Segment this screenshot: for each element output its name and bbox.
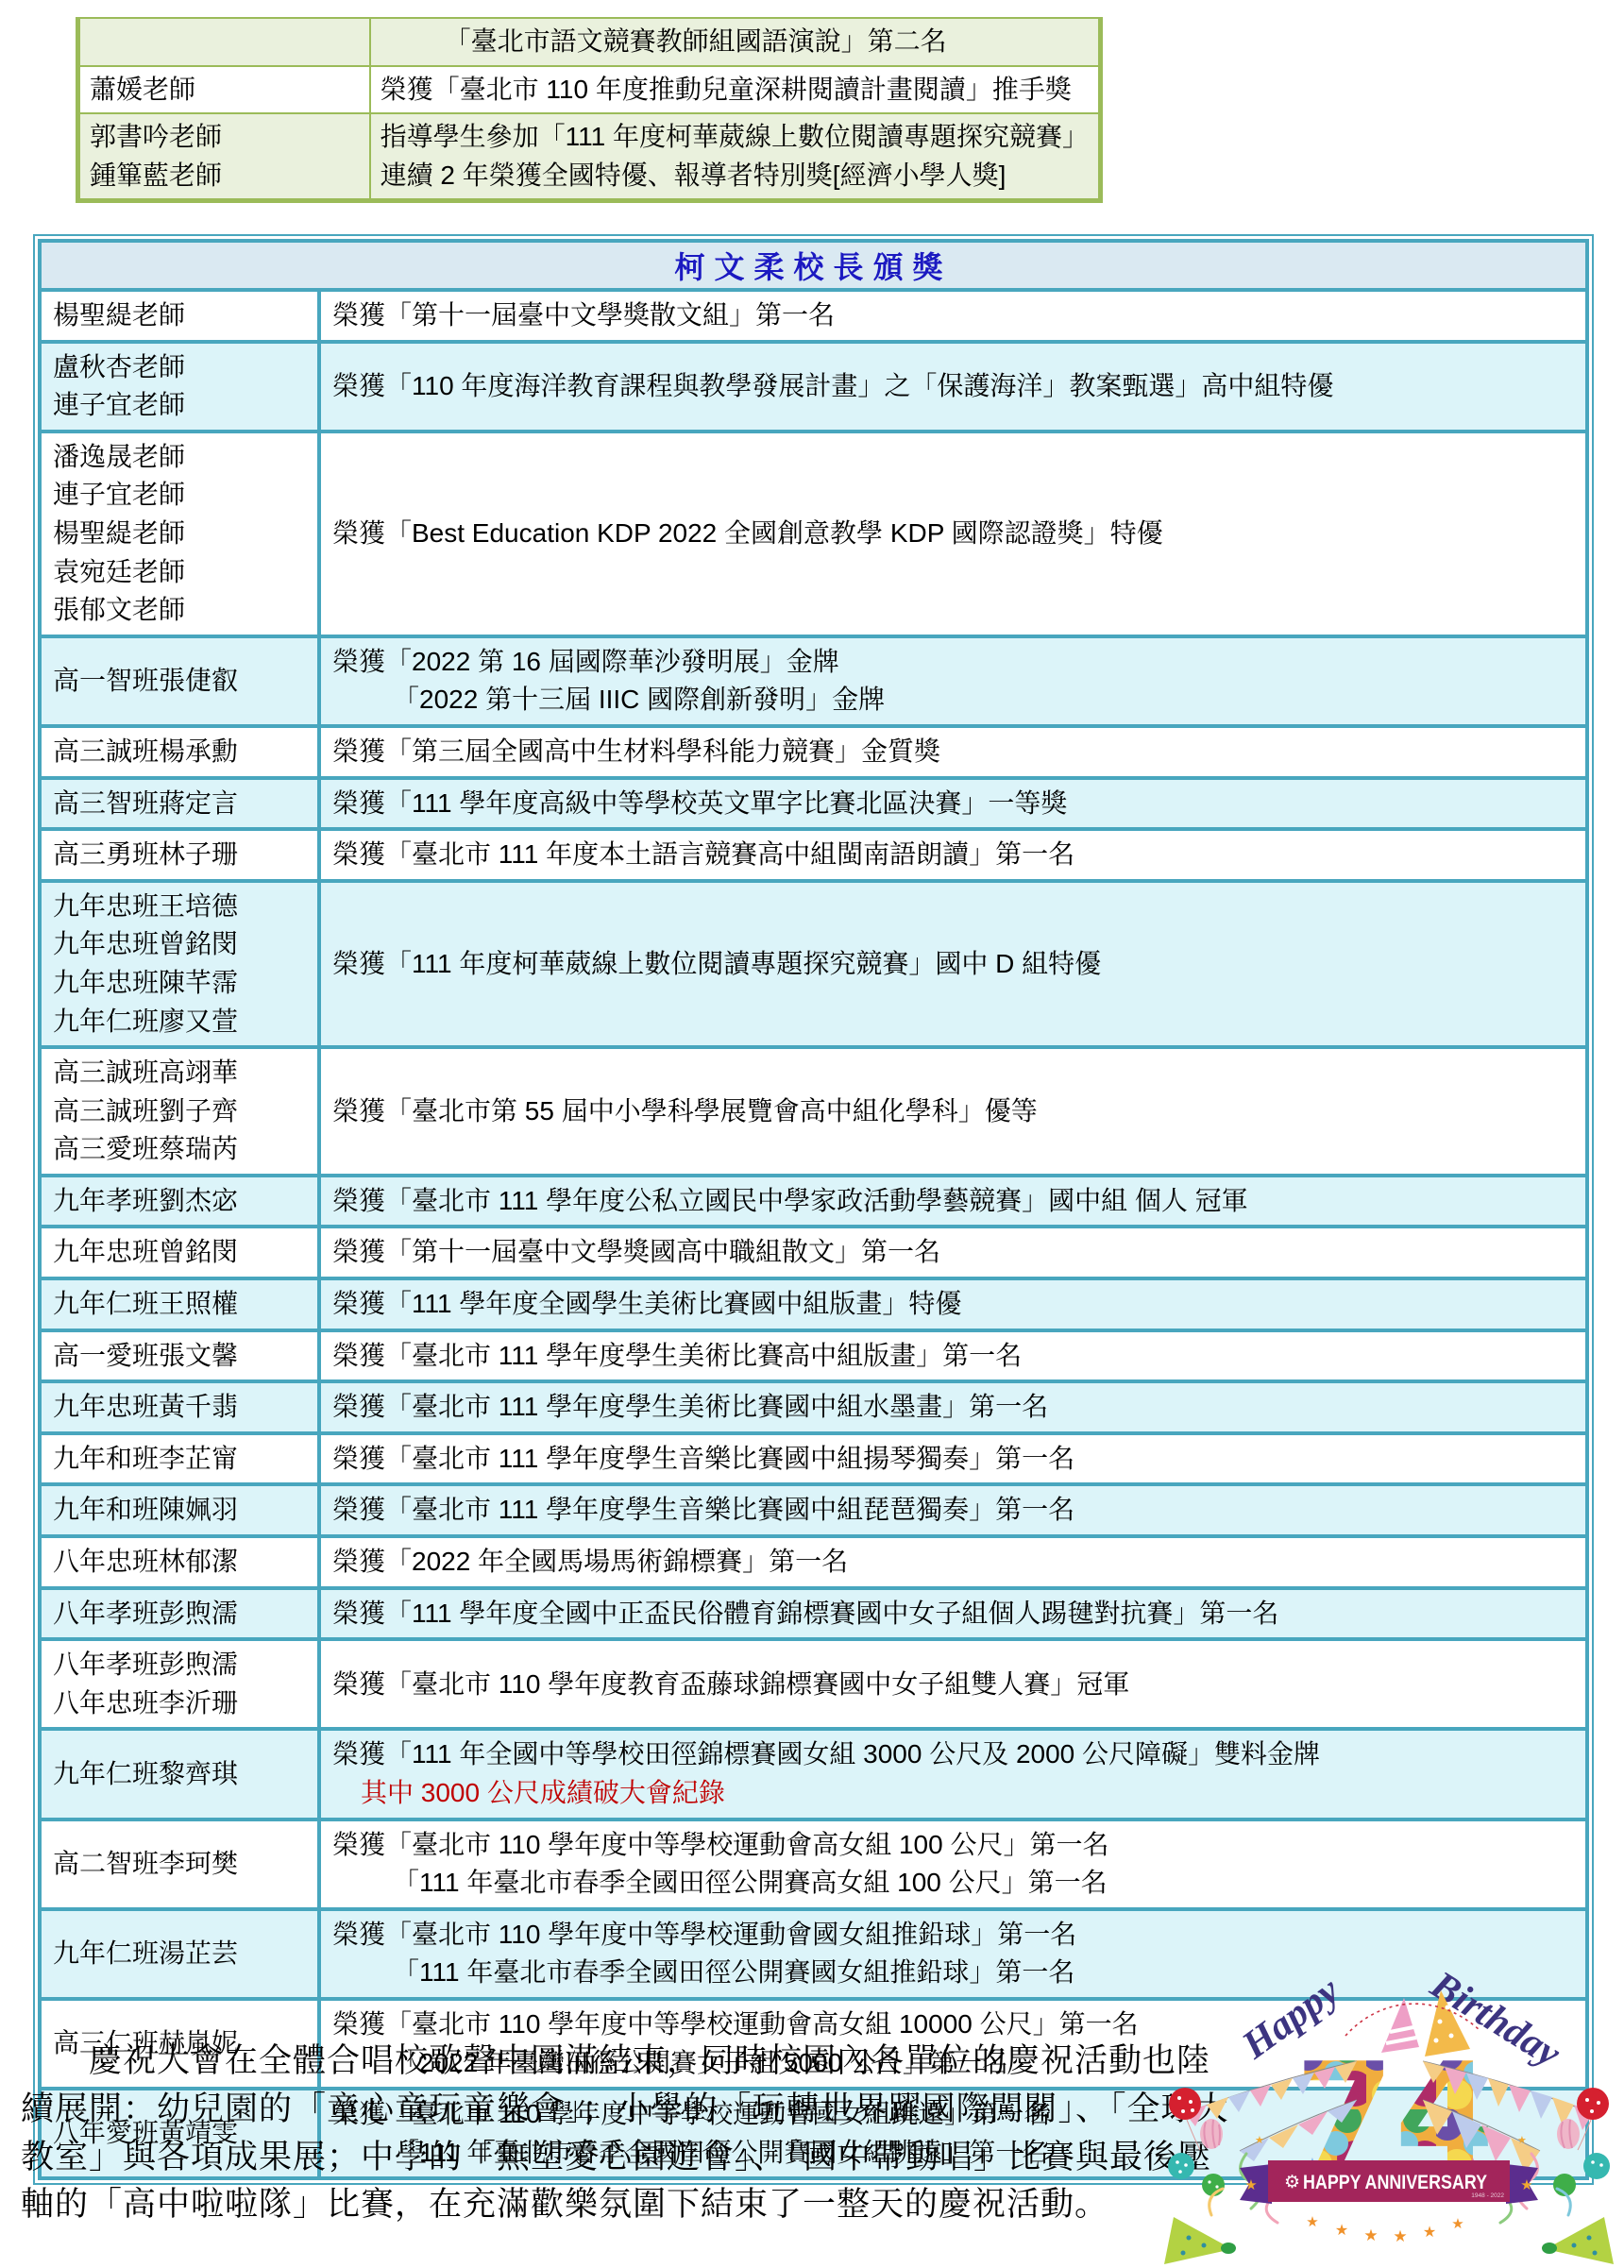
- award-text: 「111 年臺北市春季全國田徑公開賽高女組 100 公尺」第一名: [332, 1864, 1574, 1903]
- award-text: 榮獲「第三屆全國高中生材料學科能力競賽」金質獎: [332, 733, 1574, 771]
- name-cell: 八年孝班彭煦濡八年忠班李沂珊: [40, 1639, 319, 1729]
- awardee-name: 袁宛廷老師: [53, 553, 306, 592]
- award-cell: 榮獲「臺北市 111 學年度學生美術比賽國中組水墨畫」第一名: [319, 1381, 1587, 1433]
- awardee-name: 九年仁班湯芷芸: [53, 1935, 306, 1973]
- name-cell: 高三智班蔣定言: [40, 778, 319, 830]
- party-cone-icon: [1542, 2217, 1614, 2264]
- name-cell: 高三誠班高翊華高三誠班劉子齊高三愛班蔡瑞芮: [40, 1047, 319, 1176]
- name-cell: 蕭媛老師: [78, 66, 370, 114]
- award-text: 榮獲「臺北市第 55 屆中小學科學展覽會高中組化學科」優等: [332, 1092, 1574, 1131]
- award-cell: 榮獲「第十一屆臺中文學獎散文組」第一名: [319, 290, 1587, 342]
- award-text: 榮獲「臺北市 111 年度本土語言競賽高中組閩南語朗讀」第一名: [332, 836, 1574, 874]
- name-cell: 九年孝班劉杰宓: [40, 1176, 319, 1227]
- table-row: 九年孝班劉杰宓榮獲「臺北市 111 學年度公私立國民中學家政活動學藝競賽」國中組…: [40, 1176, 1587, 1227]
- award-text: 榮獲「110 年度海洋教育課程與教學發展計畫」之「保護海洋」教案甄選」高中組特優: [332, 367, 1574, 406]
- award-text: 榮獲「臺北市 110 學年度教育盃藤球錦標賽國中女子組雙人賽」冠軍: [332, 1666, 1574, 1704]
- page: 「臺北市語文競賽教師組國語演說」第二名蕭媛老師榮獲「臺北市 110 年度推動兒童…: [0, 0, 1624, 2268]
- name-cell: 盧秋杏老師連子宜老師: [40, 342, 319, 432]
- award-text: 榮獲「臺北市 111 學年度學生音樂比賽國中組揚琴獨奏」第一名: [332, 1440, 1574, 1479]
- table-row: 九年和班陳姵羽榮獲「臺北市 111 學年度學生音樂比賽國中組琵琶獨奏」第一名: [40, 1484, 1587, 1536]
- award-cell: 榮獲「111 學年度高級中等學校英文單字比賽北區決賽」一等獎: [319, 778, 1587, 830]
- name-cell: 郭書吟老師鍾篳藍老師: [78, 113, 370, 201]
- principal-award-table: 柯文柔校長頒獎 楊聖緹老師榮獲「第十一屆臺中文學獎散文組」第一名盧秋杏老師連子宜…: [38, 239, 1589, 2180]
- awardee-name: 盧秋杏老師: [53, 348, 306, 387]
- award-text: 榮獲「臺北市 110 學年度中等學校運動會國女組推鉛球」第一名: [332, 1916, 1574, 1955]
- award-text: 榮獲「111 學年度全國學生美術比賽國中組版畫」特優: [332, 1285, 1574, 1324]
- svg-text:★: ★: [1363, 2226, 1378, 2245]
- award-text: 榮獲「第十一屆臺中文學獎國高中職組散文」第一名: [332, 1233, 1574, 1272]
- award-cell: 榮獲「臺北市 110 學年度中等學校運動會高女組 100 公尺」第一名「111 …: [319, 1819, 1587, 1909]
- award-cell: 指導學生參加「111 年度柯華葳線上數位閱讀專題探究競賽」連續 2 年榮獲全國特…: [370, 113, 1101, 201]
- award-cell: 榮獲「臺北市 111 學年度學生音樂比賽國中組琵琶獨奏」第一名: [319, 1484, 1587, 1536]
- table-row: 九年忠班曾銘閔榮獲「第十一屆臺中文學獎國高中職組散文」第一名: [40, 1227, 1587, 1278]
- award-cell: 榮獲「111 年全國中等學校田徑錦標賽國女組 3000 公尺及 2000 公尺障…: [319, 1729, 1587, 1819]
- table-row: 高二智班李珂樊榮獲「臺北市 110 學年度中等學校運動會高女組 100 公尺」第…: [40, 1819, 1587, 1909]
- gear-icon: ⚙: [1284, 2173, 1300, 2192]
- banner-subtext: 1948 - 2022: [1471, 2192, 1504, 2199]
- table-row: 九年忠班王培德九年忠班曾銘閔九年忠班陳芊霈九年仁班廖又萱榮獲「111 年度柯華葳…: [40, 881, 1587, 1047]
- name-cell: 九年忠班王培德九年忠班曾銘閔九年忠班陳芊霈九年仁班廖又萱: [40, 881, 319, 1047]
- name-cell: 九年仁班王照權: [40, 1278, 319, 1330]
- awardee-name: 高一智班張倢叡: [53, 662, 306, 701]
- awardee-name: 九年忠班陳芊霈: [53, 964, 306, 1003]
- award-text: 榮獲「臺北市 111 學年度學生美術比賽高中組版畫」第一名: [332, 1337, 1574, 1376]
- name-cell: 楊聖緹老師: [40, 290, 319, 342]
- table-row: 九年和班李芷甯榮獲「臺北市 111 學年度學生音樂比賽國中組揚琴獨奏」第一名: [40, 1433, 1587, 1485]
- award-cell: 「臺北市語文競賽教師組國語演說」第二名: [370, 18, 1101, 66]
- awardee-name: 九年孝班劉杰宓: [53, 1182, 306, 1221]
- principal-award-table-frame: 柯文柔校長頒獎 楊聖緹老師榮獲「第十一屆臺中文學獎散文組」第一名盧秋杏老師連子宜…: [33, 234, 1594, 2185]
- awardee-name: 九年仁班廖又萱: [53, 1003, 306, 1041]
- name-cell: 高一智班張倢叡: [40, 636, 319, 726]
- award-text: 榮獲「111 學年度全國中正盃民俗體育錦標賽國中女子組個人踢毽對抗賽」第一名: [332, 1595, 1574, 1633]
- awardee-name: 八年忠班林郁潔: [53, 1543, 306, 1582]
- awardee-name: 潘逸晟老師: [53, 438, 306, 477]
- svg-text:★: ★: [1451, 2215, 1463, 2232]
- svg-text:★: ★: [1393, 2227, 1407, 2246]
- awardee-name: 張郁文老師: [53, 591, 306, 630]
- award-cell: 榮獲「Best Education KDP 2022 全國創意教學 KDP 國際…: [319, 432, 1587, 636]
- award-cell: 榮獲「110 年度海洋教育課程與教學發展計畫」之「保護海洋」教案甄選」高中組特優: [319, 342, 1587, 432]
- award-text: 榮獲「111 年度柯華葳線上數位閱讀專題探究競賽」國中 D 組特優: [332, 945, 1574, 984]
- table-title: 柯文柔校長頒獎: [674, 250, 952, 284]
- banner-text: HAPPY ANNIVERSARY: [1303, 2172, 1487, 2193]
- table-row: 盧秋杏老師連子宜老師榮獲「110 年度海洋教育課程與教學發展計畫」之「保護海洋」…: [40, 342, 1587, 432]
- svg-text:★: ★: [1335, 2221, 1348, 2239]
- award-text: 「2022 第十三屆 IIIC 國際創新發明」金牌: [332, 681, 1574, 719]
- award-text: 榮獲「2022 第 16 屆國際華沙發明展」金牌: [332, 643, 1574, 682]
- award-text: 榮獲「111 學年度高級中等學校英文單字比賽北區決賽」一等獎: [332, 785, 1574, 823]
- awardee-name: 高三愛班蔡瑞芮: [53, 1130, 306, 1169]
- name-cell: 九年忠班曾銘閔: [40, 1227, 319, 1278]
- table-header-row: 柯文柔校長頒獎: [40, 241, 1587, 290]
- name-cell: 高一愛班張文馨: [40, 1330, 319, 1382]
- star-arc: ★ ★ ★ ★ ★ ★: [1306, 2213, 1463, 2246]
- award-text: 榮獲「2022 年全國馬場馬術錦標賽」第一名: [332, 1543, 1574, 1582]
- star-icon: ★: [1520, 2177, 1532, 2193]
- awardee-name: 高三誠班劉子齊: [53, 1092, 306, 1131]
- awardee-name: 九年和班陳姵羽: [53, 1491, 306, 1530]
- award-cell: 榮獲「2022 年全國馬場馬術錦標賽」第一名: [319, 1536, 1587, 1588]
- award-text: 榮獲「臺北市 111 學年度公私立國民中學家政活動學藝競賽」國中組 個人 冠軍: [332, 1182, 1574, 1221]
- award-text: 榮獲「Best Education KDP 2022 全國創意教學 KDP 國際…: [332, 515, 1574, 553]
- awardee-name: 高二智班李珂樊: [53, 1845, 306, 1884]
- name-cell: 九年仁班黎齊琪: [40, 1729, 319, 1819]
- awardee-name: 楊聖緹老師: [53, 515, 306, 553]
- name-cell: 八年孝班彭煦濡: [40, 1588, 319, 1640]
- table-row: 高三勇班林子珊榮獲「臺北市 111 年度本土語言競賽高中組閩南語朗讀」第一名: [40, 829, 1587, 881]
- table-row: 高三誠班楊承勳榮獲「第三屆全國高中生材料學科能力競賽」金質獎: [40, 726, 1587, 778]
- awardee-name: 楊聖緹老師: [53, 296, 306, 335]
- table-row: 九年仁班黎齊琪榮獲「111 年全國中等學校田徑錦標賽國女組 3000 公尺及 2…: [40, 1729, 1587, 1819]
- awardee-name: 八年忠班李沂珊: [53, 1684, 306, 1723]
- table-row: 八年孝班彭煦濡榮獲「111 學年度全國中正盃民俗體育錦標賽國中女子組個人踢毽對抗…: [40, 1588, 1587, 1640]
- award-cell: 榮獲「第三屆全國高中生材料學科能力競賽」金質獎: [319, 726, 1587, 778]
- award-text: 榮獲「臺北市 111 學年度學生美術比賽國中組水墨畫」第一名: [332, 1388, 1574, 1427]
- award-text: 榮獲「臺北市 110 學年度中等學校運動會高女組 100 公尺」第一名: [332, 1826, 1574, 1865]
- awardee-name: 九年仁班王照權: [53, 1285, 306, 1324]
- table-row: 八年孝班彭煦濡八年忠班李沂珊榮獲「臺北市 110 學年度教育盃藤球錦標賽國中女子…: [40, 1639, 1587, 1729]
- award-cell: 榮獲「臺北市 111 學年度學生美術比賽高中組版畫」第一名: [319, 1330, 1587, 1382]
- table-row: 高三智班蔣定言榮獲「111 學年度高級中等學校英文單字比賽北區決賽」一等獎: [40, 778, 1587, 830]
- awardee-name: 八年孝班彭煦濡: [53, 1595, 306, 1633]
- table-row: 「臺北市語文競賽教師組國語演說」第二名: [78, 18, 1101, 66]
- awardee-name: 高三勇班林子珊: [53, 836, 306, 874]
- award-cell: 榮獲「臺北市 110 學年度教育盃藤球錦標賽國中女子組雙人賽」冠軍: [319, 1639, 1587, 1729]
- awardee-name: 連子宜老師: [53, 476, 306, 515]
- name-cell: 高三勇班林子珊: [40, 829, 319, 881]
- name-cell: 八年忠班林郁潔: [40, 1536, 319, 1588]
- award-text: 指導學生參加「111 年度柯華葳線上數位閱讀專題探究競賽」: [381, 118, 1089, 157]
- star-icon: ★: [1244, 2177, 1257, 2193]
- svg-text:★: ★: [1255, 2134, 1264, 2146]
- table-row: 高一愛班張文馨榮獲「臺北市 111 學年度學生美術比賽高中組版畫」第一名: [40, 1330, 1587, 1382]
- award-cell: 榮獲「臺北市第 55 屆中小學科學展覽會高中組化學科」優等: [319, 1047, 1587, 1176]
- table-row: 高三誠班高翊華高三誠班劉子齊高三愛班蔡瑞芮榮獲「臺北市第 55 屆中小學科學展覽…: [40, 1047, 1587, 1176]
- name-cell: [78, 18, 370, 66]
- table-row: 楊聖緹老師榮獲「第十一屆臺中文學獎散文組」第一名: [40, 290, 1587, 342]
- award-cell: 榮獲「臺北市 111 學年度學生音樂比賽國中組揚琴獨奏」第一名: [319, 1433, 1587, 1485]
- table-row: 九年忠班黃千翡榮獲「臺北市 111 學年度學生美術比賽國中組水墨畫」第一名: [40, 1381, 1587, 1433]
- awardee-name: 蕭媛老師: [90, 71, 360, 110]
- table-row: 九年仁班王照權榮獲「111 學年度全國學生美術比賽國中組版畫」特優: [40, 1278, 1587, 1330]
- award-cell: 榮獲「111 學年度全國學生美術比賽國中組版畫」特優: [319, 1278, 1587, 1330]
- svg-text:★: ★: [1423, 2223, 1436, 2241]
- table-row: 潘逸晟老師連子宜老師楊聖緹老師袁宛廷老師張郁文老師榮獲「Best Educati…: [40, 432, 1587, 636]
- award-text: 榮獲「第十一屆臺中文學獎散文組」第一名: [332, 296, 1574, 335]
- awardee-name: 九年忠班王培德: [53, 888, 306, 926]
- anniversary-banner: ★ ★ ⚙ HAPPY ANNIVERSARY 1948 - 2022: [1240, 2160, 1538, 2204]
- table-row: 蕭媛老師榮獲「臺北市 110 年度推動兒童深耕閱讀計畫閱讀」推手獎: [78, 66, 1101, 114]
- party-cone-icon: [1164, 2217, 1236, 2264]
- name-cell: 九年和班李芷甯: [40, 1433, 319, 1485]
- awardee-name: 高三誠班楊承勳: [53, 733, 306, 771]
- awardee-name: 八年孝班彭煦濡: [53, 1646, 306, 1684]
- awardee-name: 高三誠班高翊華: [53, 1054, 306, 1092]
- birthday-anniversary-graphic: Happy Birthday 74: [1157, 1970, 1621, 2267]
- teacher-award-table: 「臺北市語文競賽教師組國語演說」第二名蕭媛老師榮獲「臺北市 110 年度推動兒童…: [76, 17, 1103, 203]
- award-cell: 榮獲「111 年度柯華葳線上數位閱讀專題探究競賽」國中 D 組特優: [319, 881, 1587, 1047]
- award-text: 榮獲「111 年全國中等學校田徑錦標賽國女組 3000 公尺及 2000 公尺障…: [332, 1735, 1574, 1774]
- table-row: 八年忠班林郁潔榮獲「2022 年全國馬場馬術錦標賽」第一名: [40, 1536, 1587, 1588]
- awardee-name: 九年忠班曾銘閔: [53, 925, 306, 964]
- award-cell: 榮獲「2022 第 16 屆國際華沙發明展」金牌「2022 第十三屆 IIIC …: [319, 636, 1587, 726]
- award-text: 其中 3000 公尺成績破大會紀錄: [332, 1774, 1574, 1813]
- awardee-name: 郭書吟老師: [90, 118, 360, 157]
- name-cell: 潘逸晟老師連子宜老師楊聖緹老師袁宛廷老師張郁文老師: [40, 432, 319, 636]
- svg-text:★: ★: [1517, 2134, 1527, 2146]
- name-cell: 高二智班李珂樊: [40, 1819, 319, 1909]
- closing-paragraph: 慶祝大會在全體合唱校歌聲中圓滿結束，同時校園內各單位的慶祝活動也陸續展開：幼兒園…: [21, 2038, 1237, 2229]
- awardee-name: 高三智班蔣定言: [53, 785, 306, 823]
- awardee-name: 鍾篳藍老師: [90, 157, 360, 195]
- table-row: 高一智班張倢叡榮獲「2022 第 16 屆國際華沙發明展」金牌「2022 第十三…: [40, 636, 1587, 726]
- award-text: 「臺北市語文競賽教師組國語演說」第二名: [381, 23, 1089, 61]
- table-row: 郭書吟老師鍾篳藍老師指導學生參加「111 年度柯華葳線上數位閱讀專題探究競賽」連…: [78, 113, 1101, 201]
- table-title-cell: 柯文柔校長頒獎: [40, 241, 1587, 290]
- name-cell: 九年和班陳姵羽: [40, 1484, 319, 1536]
- name-cell: 九年忠班黃千翡: [40, 1381, 319, 1433]
- awardee-name: 九年和班李芷甯: [53, 1440, 306, 1479]
- award-cell: 榮獲「臺北市 110 年度推動兒童深耕閱讀計畫閱讀」推手獎: [370, 66, 1101, 114]
- award-cell: 榮獲「臺北市 111 年度本土語言競賽高中組閩南語朗讀」第一名: [319, 829, 1587, 881]
- svg-text:★: ★: [1306, 2213, 1318, 2230]
- award-text: 榮獲「臺北市 111 學年度學生音樂比賽國中組琵琶獨奏」第一名: [332, 1491, 1574, 1530]
- award-cell: 榮獲「111 學年度全國中正盃民俗體育錦標賽國中女子組個人踢毽對抗賽」第一名: [319, 1588, 1587, 1640]
- awardee-name: 連子宜老師: [53, 386, 306, 425]
- award-cell: 榮獲「第十一屆臺中文學獎國高中職組散文」第一名: [319, 1227, 1587, 1278]
- awardee-name: 九年忠班黃千翡: [53, 1388, 306, 1427]
- awardee-name: 九年仁班黎齊琪: [53, 1755, 306, 1794]
- name-cell: 高三誠班楊承勳: [40, 726, 319, 778]
- name-cell: 九年仁班湯芷芸: [40, 1909, 319, 1999]
- awardee-name: 高一愛班張文馨: [53, 1337, 306, 1376]
- award-text: 榮獲「臺北市 110 年度推動兒童深耕閱讀計畫閱讀」推手獎: [381, 71, 1089, 110]
- award-text: 連續 2 年榮獲全國特優、報導者特別獎[經濟小學人獎]: [381, 157, 1089, 195]
- awardee-name: 九年忠班曾銘閔: [53, 1233, 306, 1272]
- award-cell: 榮獲「臺北市 111 學年度公私立國民中學家政活動學藝競賽」國中組 個人 冠軍: [319, 1176, 1587, 1227]
